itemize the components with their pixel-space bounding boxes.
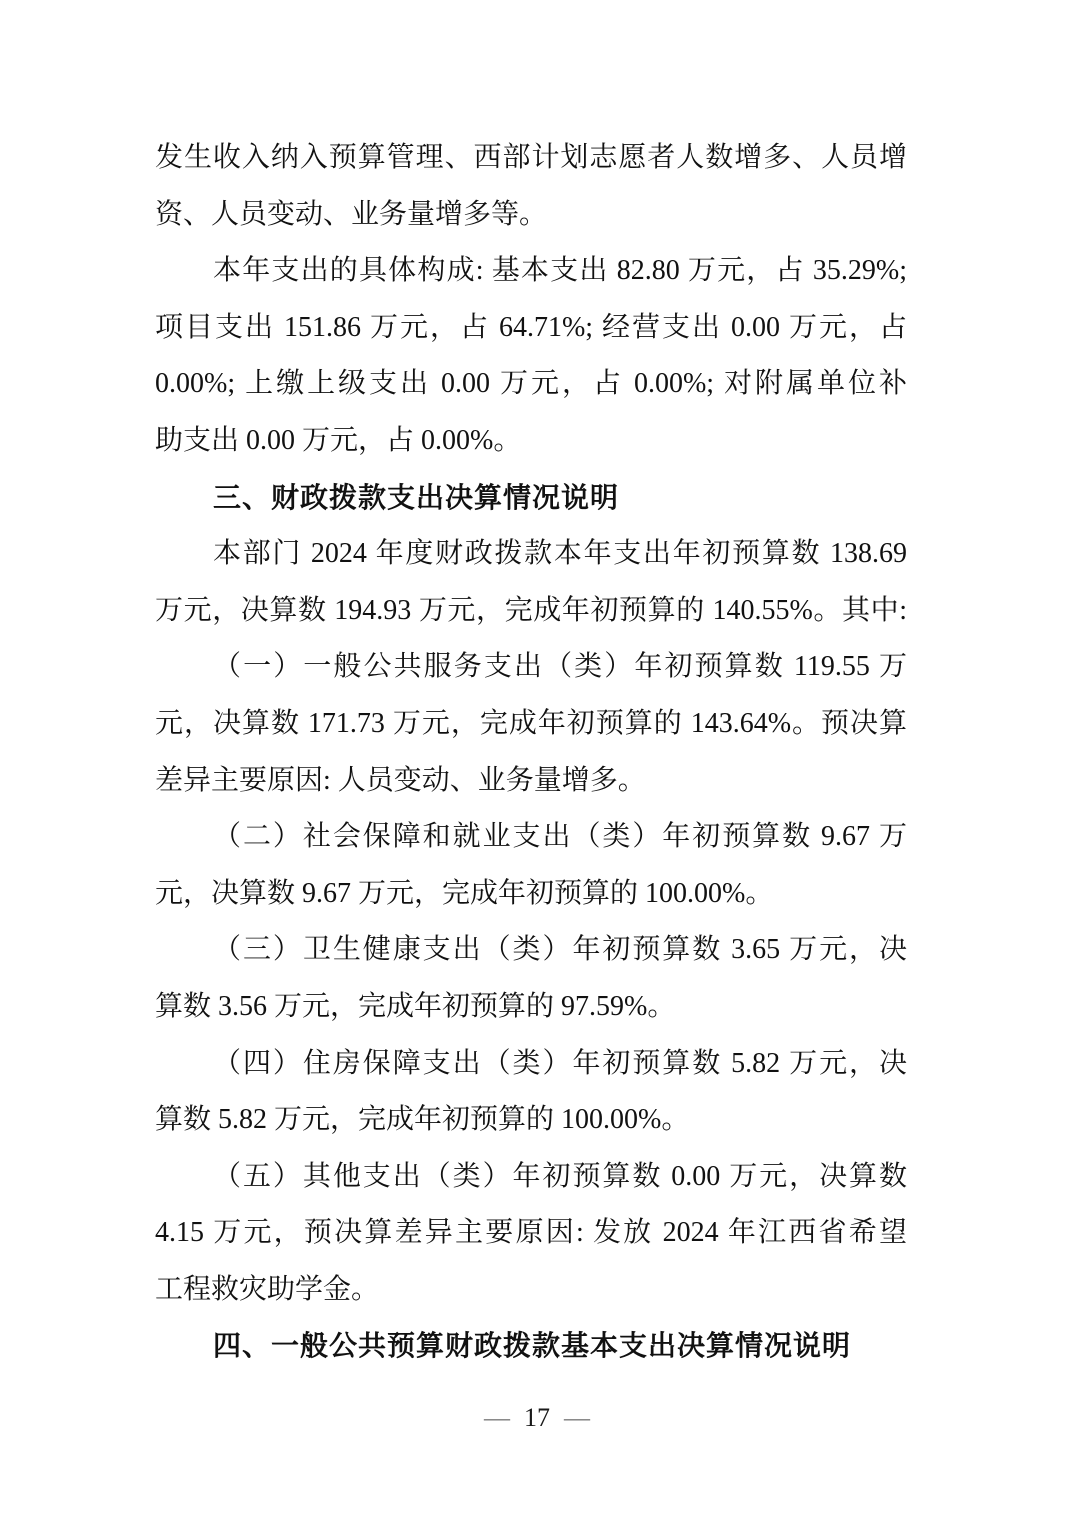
text-line: 本年支出的具体构成: 基本支出 82.80 万元，占 35.29%; bbox=[155, 243, 907, 300]
text-line: （二）社会保障和就业支出（类）年初预算数 9.67 万 bbox=[155, 809, 907, 866]
text-line: 0.00%; 上缴上级支出 0.00 万元，占 0.00%; 对附属单位补 bbox=[155, 356, 907, 413]
text-line: 算数 3.56 万元，完成年初预算的 97.59%。 bbox=[155, 979, 907, 1036]
text-line: 本部门 2024 年度财政拨款本年支出年初预算数 138.69 bbox=[155, 526, 907, 583]
text-line: 助支出 0.00 万元，占 0.00%。 bbox=[155, 413, 907, 470]
page-footer: —17— bbox=[0, 1396, 1074, 1440]
text-line: （三）卫生健康支出（类）年初预算数 3.65 万元，决 bbox=[155, 922, 907, 979]
text-line: 元，决算数 9.67 万元，完成年初预算的 100.00%。 bbox=[155, 866, 907, 923]
text-line: 项目支出 151.86 万元，占 64.71%; 经营支出 0.00 万元，占 bbox=[155, 300, 907, 357]
footer-left-dash: — bbox=[484, 1403, 510, 1432]
text-line: 发生收入纳入预算管理、西部计划志愿者人数增多、人员增 bbox=[155, 130, 907, 187]
text-line: 万元，决算数 194.93 万元，完成年初预算的 140.55%。其中: bbox=[155, 583, 907, 640]
section-heading: 四、一般公共预算财政拨款基本支出决算情况说明 bbox=[155, 1318, 907, 1375]
text-line: 算数 5.82 万元，完成年初预算的 100.00%。 bbox=[155, 1092, 907, 1149]
document-page: 发生收入纳入预算管理、西部计划志愿者人数增多、人员增资、人员变动、业务量增多等。… bbox=[0, 0, 1074, 1520]
text-line: （一）一般公共服务支出（类）年初预算数 119.55 万 bbox=[155, 639, 907, 696]
text-line: （四）住房保障支出（类）年初预算数 5.82 万元，决 bbox=[155, 1036, 907, 1093]
text-line: 4.15 万元，预决算差异主要原因: 发放 2024 年江西省希望 bbox=[155, 1205, 907, 1262]
footer-right-dash: — bbox=[564, 1403, 590, 1432]
text-line: 工程救灾助学金。 bbox=[155, 1262, 907, 1319]
text-line: （五）其他支出（类）年初预算数 0.00 万元，决算数 bbox=[155, 1149, 907, 1206]
text-line: 差异主要原因: 人员变动、业务量增多。 bbox=[155, 753, 907, 810]
text-line: 元，决算数 171.73 万元，完成年初预算的 143.64%。预决算 bbox=[155, 696, 907, 753]
document-body: 发生收入纳入预算管理、西部计划志愿者人数增多、人员增资、人员变动、业务量增多等。… bbox=[155, 130, 907, 1375]
section-heading: 三、财政拨款支出决算情况说明 bbox=[155, 470, 907, 527]
page-number: 17 bbox=[524, 1403, 550, 1432]
text-line: 资、人员变动、业务量增多等。 bbox=[155, 187, 907, 244]
